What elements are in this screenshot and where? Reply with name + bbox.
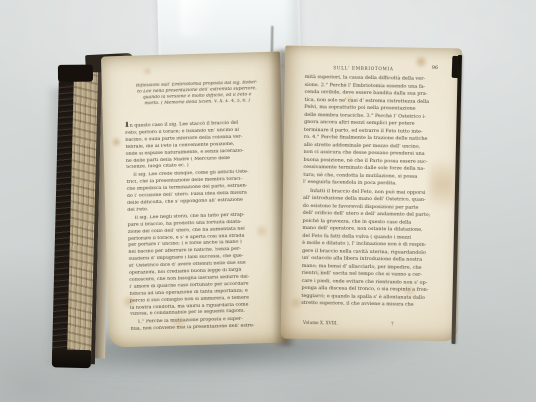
page-number: 96 (432, 66, 438, 71)
foxing-spot (344, 95, 354, 105)
photo-scene: Riflessioni sull' Embriotomia proposta d… (0, 0, 536, 402)
foxing-spot (289, 296, 303, 310)
footer-signature: 7 (391, 321, 394, 326)
fore-edge-top-cap (58, 65, 93, 82)
paragraph: mità superiori, la causa della difficolt… (303, 74, 449, 189)
foxing-spot (401, 285, 417, 295)
foxing-spot (111, 136, 121, 148)
paragraph: Il sig. Lee negli sforzi, che ha fatto p… (127, 212, 274, 320)
page-footer: Volume X. XVIII. 7 (303, 320, 445, 327)
foxing-spot (141, 67, 153, 75)
section-heading: Riflessioni sull' Embriotomia proposta d… (128, 80, 267, 108)
left-page: Riflessioni sull' Embriotomia proposta d… (101, 52, 288, 348)
right-page: SULL' EMBRIOTOMIA 96 mità superiori, la … (281, 46, 463, 342)
foxing-spot (316, 268, 326, 276)
paragraph: Il sig. Lee crede dunque, come gli antic… (126, 169, 271, 214)
footer-volume: Volume X. XVIII. (303, 320, 338, 326)
left-page-body: In questo caso il sig. Lee staccò il bra… (125, 118, 275, 335)
paragraph: 1.° Perchè la mutilazione proposta è sup… (130, 316, 274, 334)
fore-edge-bottom-cap (52, 349, 91, 368)
paragraph: Infatti il braccio del Feto, non può mai… (301, 187, 447, 309)
paragraph: In questo caso il sig. Lee staccò il bra… (125, 118, 270, 172)
foxing-spot (413, 56, 429, 68)
stand-glare (179, 0, 230, 37)
foxing-spot (429, 148, 456, 220)
